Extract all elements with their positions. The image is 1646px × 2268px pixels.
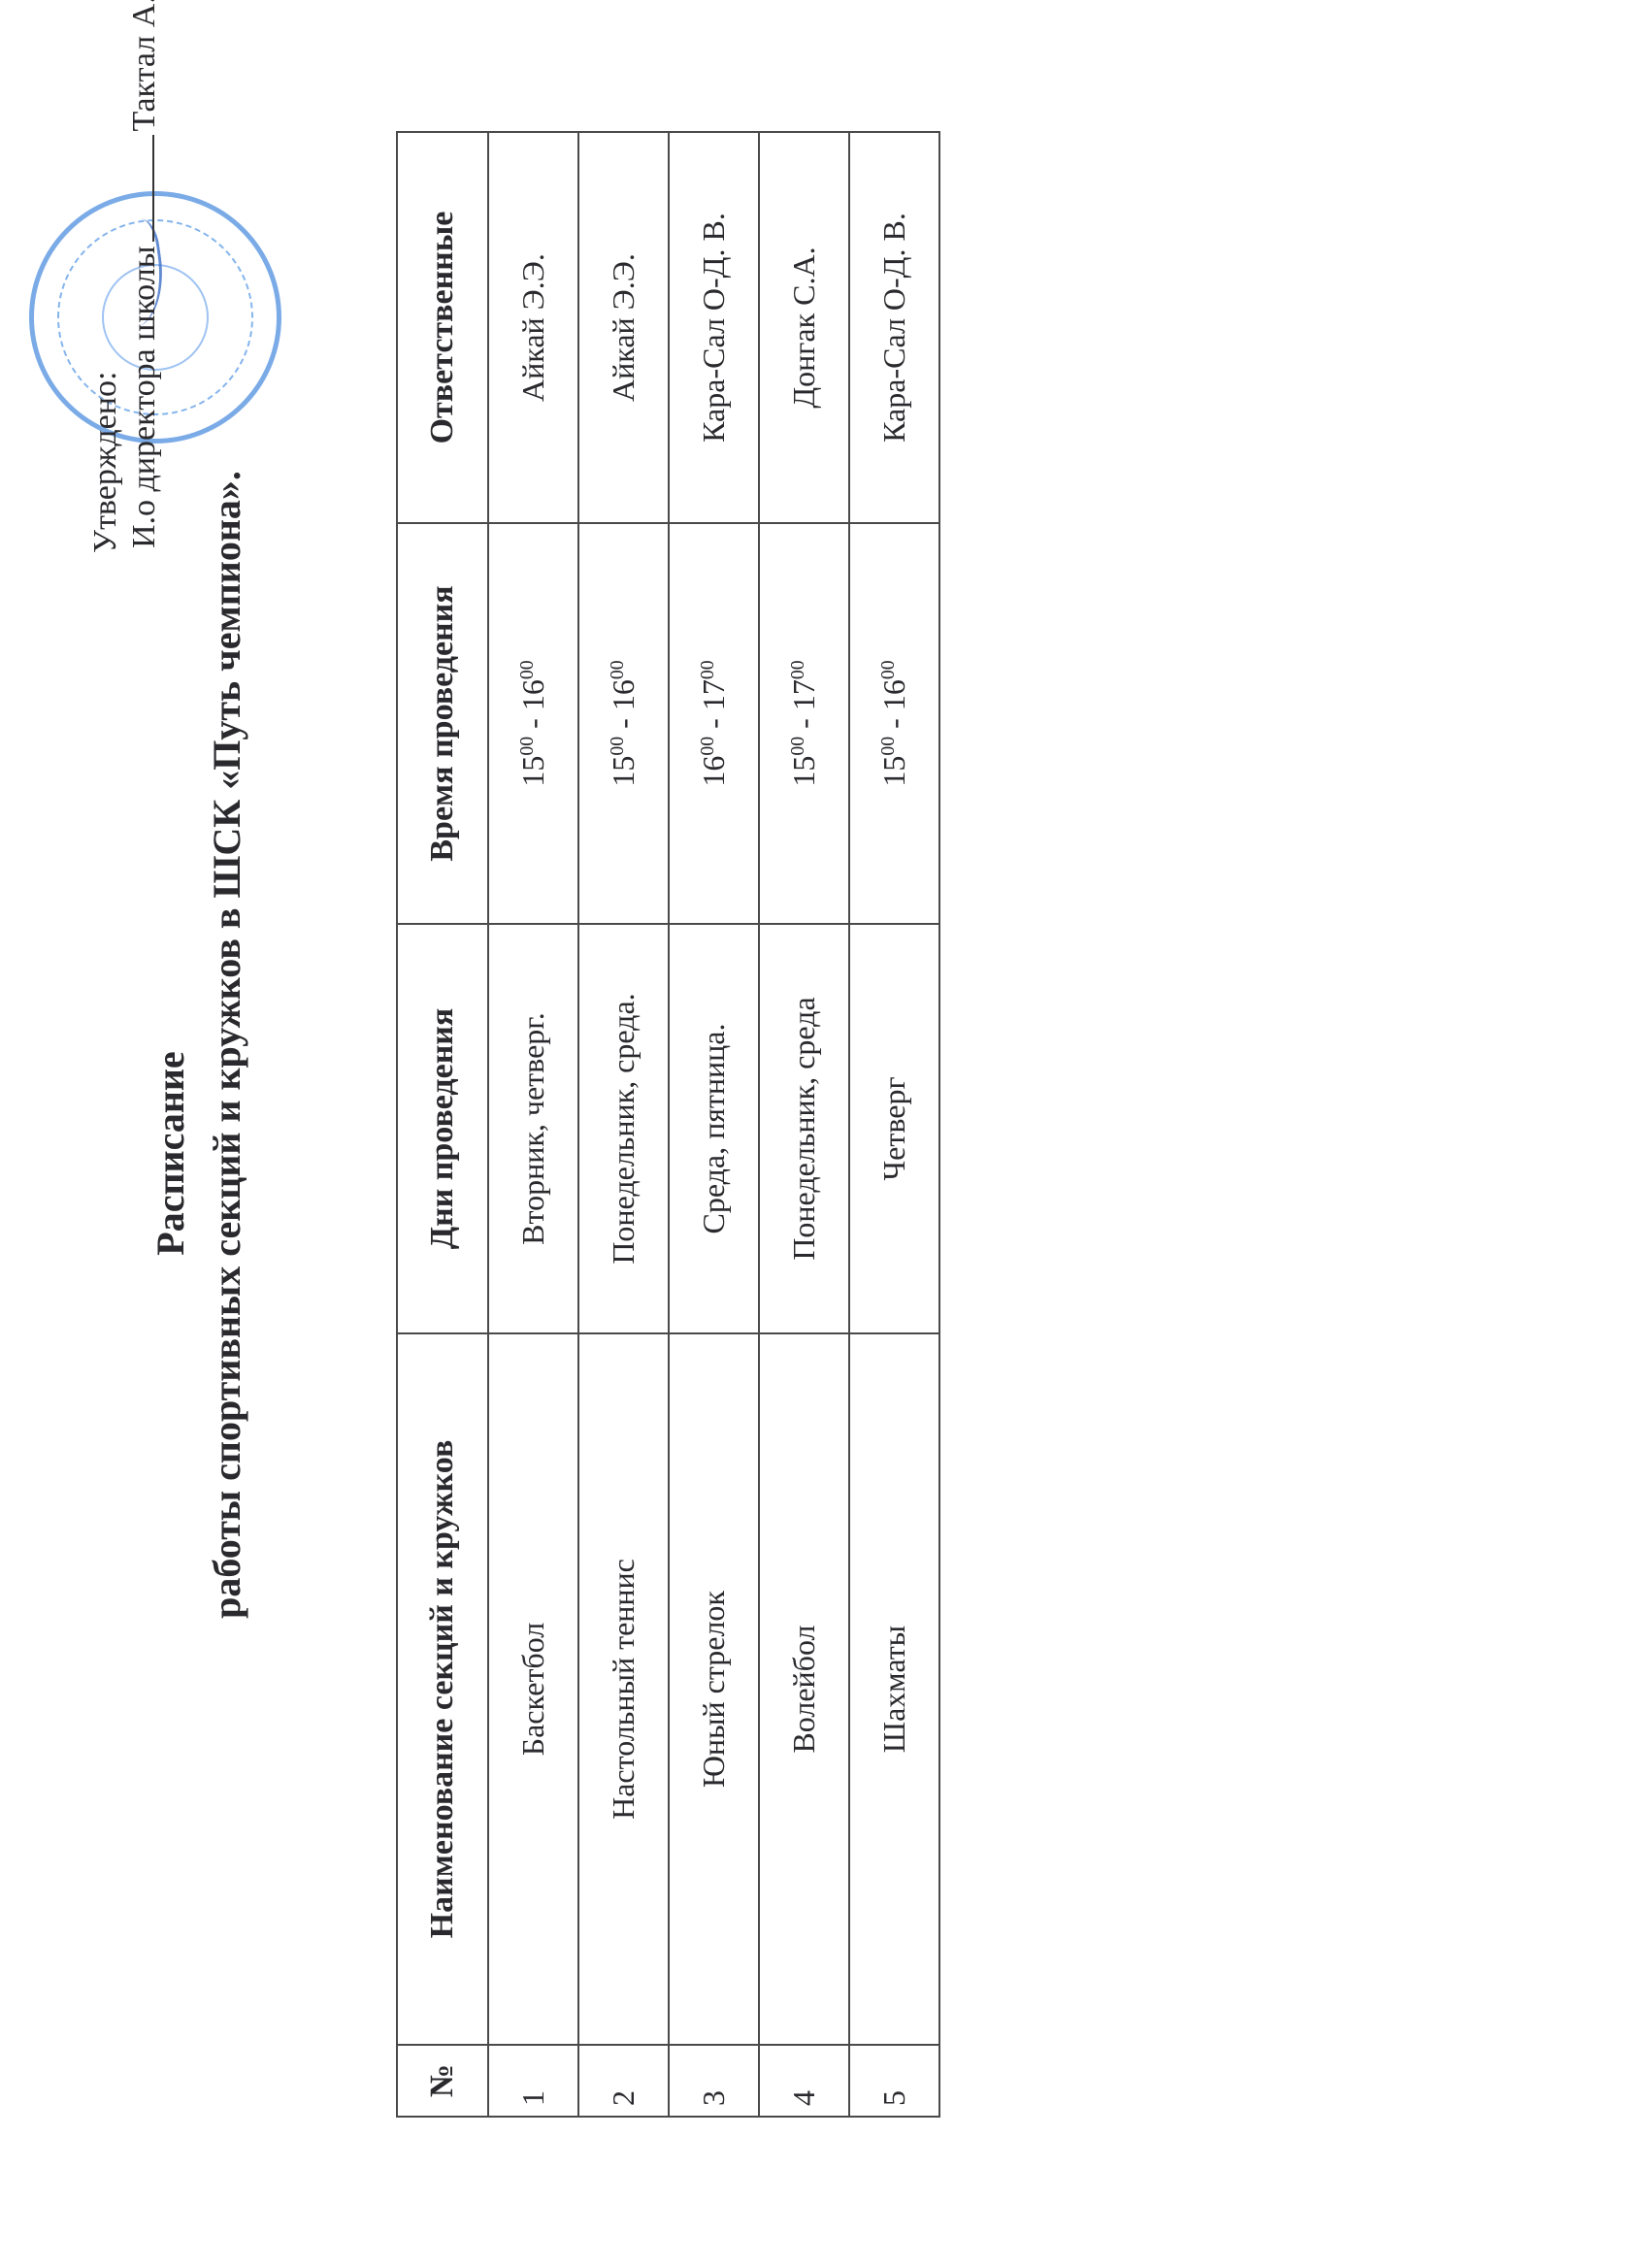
document-subtitle: работы спортивных секций и кружков в ШСК… (204, 0, 249, 2268)
time-start-hour: 16 (696, 756, 731, 787)
cell-name: Настольный теннис (578, 1333, 669, 2045)
time-start-minutes: 00 (697, 737, 718, 756)
document-subtitle-text: работы спортивных секций и кружков в ШСК… (205, 471, 248, 1619)
table-row: 5ШахматыЧетверг1500 - 1600Кара-Сал О-Д. … (849, 132, 939, 2117)
time-end-hour: 17 (696, 679, 731, 710)
time-end-minutes: 00 (877, 660, 899, 679)
table-row: 2Настольный теннисПонедельник, среда.150… (578, 132, 669, 2117)
cell-num: 2 (578, 2045, 669, 2117)
time-start-minutes: 00 (787, 737, 808, 756)
document-title-text: Расписание (148, 1051, 192, 1255)
cell-time: 1500 - 1600 (578, 523, 669, 924)
cell-name: Шахматы (849, 1333, 939, 2045)
cell-time: 1500 - 1700 (759, 523, 849, 924)
cell-responsible: Айкай Э.Э. (488, 132, 578, 523)
cell-name: Баскетбол (488, 1333, 578, 2045)
cell-name: Волейбол (759, 1333, 849, 2045)
time-start-minutes: 00 (516, 737, 538, 756)
time-separator: - (696, 710, 731, 737)
cell-num: 5 (849, 2045, 939, 2117)
approval-label: Утверждено: (87, 372, 124, 553)
document-page: Утверждено: И.о директора школыТактал А.… (0, 0, 1646, 2268)
cell-days: Понедельник, среда (759, 924, 849, 1333)
table-row: 1БаскетболВторник, четверг.1500 - 1600Ай… (488, 132, 578, 2117)
time-end-minutes: 00 (697, 660, 718, 679)
cell-days: Вторник, четверг. (488, 924, 578, 1333)
header-responsible: Ответственные (397, 132, 488, 523)
time-separator: - (786, 710, 821, 737)
header-days: Дни проведения (397, 924, 488, 1333)
time-separator: - (876, 710, 911, 737)
time-end-hour: 16 (606, 679, 641, 710)
cell-responsible: Донгак С.А. (759, 132, 849, 523)
cell-time: 1500 - 1600 (849, 523, 939, 924)
cell-days: Четверг (849, 924, 939, 1333)
cell-responsible: Кара-Сал О-Д. В. (669, 132, 759, 523)
time-end-minutes: 00 (787, 660, 808, 679)
header-name: Наименование секций и кружков (397, 1333, 488, 2045)
cell-days: Понедельник, среда. (578, 924, 669, 1333)
time-end-hour: 16 (515, 679, 550, 710)
cell-time: 1600 - 1700 (669, 523, 759, 924)
time-start-hour: 15 (515, 756, 550, 787)
cell-name: Юный стрелок (669, 1333, 759, 2045)
document-title: Расписание (148, 0, 193, 2268)
time-end-hour: 17 (786, 679, 821, 710)
table-row: 3Юный стрелокСреда, пятница.1600 - 1700К… (669, 132, 759, 2117)
table-row: 4ВолейболПонедельник, среда1500 - 1700До… (759, 132, 849, 2117)
time-separator: - (515, 710, 550, 737)
cell-days: Среда, пятница. (669, 924, 759, 1333)
time-start-hour: 15 (876, 756, 911, 787)
time-end-minutes: 00 (516, 660, 538, 679)
cell-time: 1500 - 1600 (488, 523, 578, 924)
cell-num: 1 (488, 2045, 578, 2117)
time-end-hour: 16 (876, 679, 911, 710)
time-start-minutes: 00 (607, 737, 628, 756)
header-num: № (397, 2045, 488, 2117)
time-start-hour: 15 (786, 756, 821, 787)
time-separator: - (606, 710, 641, 737)
time-start-minutes: 00 (877, 737, 899, 756)
time-start-hour: 15 (606, 756, 641, 787)
schedule-table: № Наименование секций и кружков Дни пров… (396, 131, 940, 2118)
time-end-minutes: 00 (607, 660, 628, 679)
cell-responsible: Айкай Э.Э. (578, 132, 669, 523)
table-header-row: № Наименование секций и кружков Дни пров… (397, 132, 488, 2117)
cell-num: 4 (759, 2045, 849, 2117)
cell-num: 3 (669, 2045, 759, 2117)
cell-responsible: Кара-Сал О-Д. В. (849, 132, 939, 523)
header-time: Время проведения (397, 523, 488, 924)
